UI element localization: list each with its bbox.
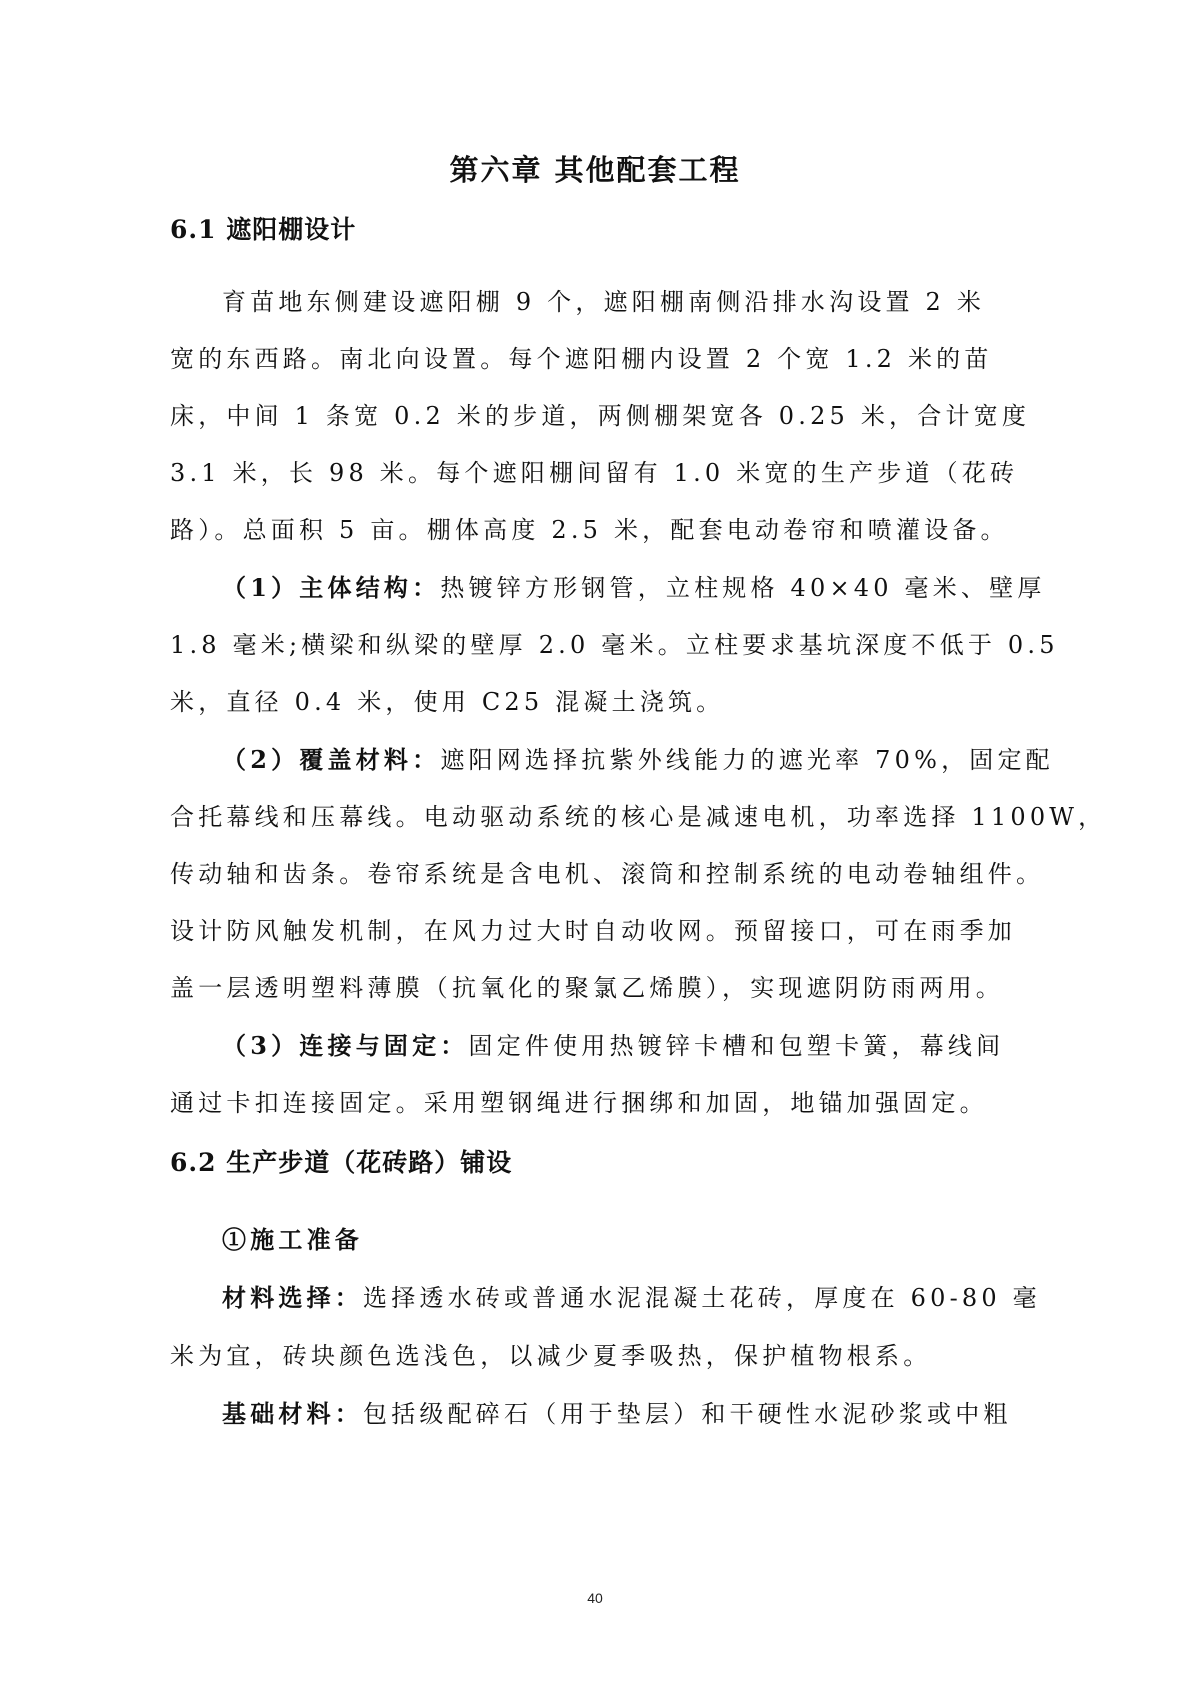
paragraph-line: 育苗地东侧建设遮阳棚 9 个，遮阳棚南侧沿排水沟设置 2 米 bbox=[222, 282, 1002, 317]
paragraph-line: 米为宜，砖块颜色选浅色，以减少夏季吸热，保护植物根系。 bbox=[170, 1336, 950, 1371]
item-main-structure: （1）主体结构：热镀锌方形钢管，立柱规格 40×40 毫米、壁厚 bbox=[222, 568, 1002, 603]
paragraph-line: 米，直径 0.4 米，使用 C25 混凝土浇筑。 bbox=[170, 682, 950, 717]
item-label: （2）覆盖材料： bbox=[222, 745, 440, 774]
item-cover-material: （2）覆盖材料：遮阳网选择抗紫外线能力的遮光率 70%，固定配 bbox=[222, 740, 1002, 775]
paragraph-line: 床，中间 1 条宽 0.2 米的步道，两侧棚架宽各 0.25 米，合计宽度 bbox=[170, 396, 950, 431]
page-number: 40 bbox=[0, 1590, 1190, 1606]
item-material-selection: 材料选择：选择透水砖或普通水泥混凝土花砖，厚度在 60-80 毫 bbox=[222, 1278, 1002, 1313]
item-text: 热镀锌方形钢管，立柱规格 40×40 毫米、壁厚 bbox=[440, 574, 1045, 602]
paragraph-line: 路）。总面积 5 亩。棚体高度 2.5 米，配套电动卷帘和喷灌设备。 bbox=[170, 510, 950, 545]
paragraph-line: 1.8 毫米;横梁和纵梁的壁厚 2.0 毫米。立柱要求基坑深度不低于 0.5 bbox=[170, 625, 950, 660]
paragraph-line: 宽的东西路。南北向设置。每个遮阳棚内设置 2 个宽 1.2 米的苗 bbox=[170, 339, 950, 374]
item-label: 基础材料： bbox=[222, 1399, 363, 1428]
chapter-title: 第六章 其他配套工程 bbox=[0, 148, 1190, 189]
item-label: （3）连接与固定： bbox=[222, 1031, 469, 1060]
paragraph-line: 设计防风触发机制，在风力过大时自动收网。预留接口，可在雨季加 bbox=[170, 911, 950, 946]
section-heading-6-2: 6.2 生产步道（花砖路）铺设 bbox=[170, 1143, 512, 1179]
subheading-preparation: ①施工准备 bbox=[222, 1220, 1002, 1255]
item-label: （1）主体结构： bbox=[222, 573, 440, 602]
item-text: 遮阳网选择抗紫外线能力的遮光率 70%，固定配 bbox=[440, 746, 1054, 774]
item-text: 固定件使用热镀锌卡槽和包塑卡簧，幕线间 bbox=[469, 1032, 1005, 1060]
item-text: 选择透水砖或普通水泥混凝土花砖，厚度在 60-80 毫 bbox=[363, 1284, 1041, 1312]
section-heading-6-1: 6.1 遮阳棚设计 bbox=[170, 210, 356, 246]
item-base-material: 基础材料：包括级配碎石（用于垫层）和干硬性水泥砂浆或中粗 bbox=[222, 1394, 1002, 1429]
paragraph-line: 盖一层透明塑料薄膜（抗氧化的聚氯乙烯膜），实现遮阴防雨两用。 bbox=[170, 968, 950, 1003]
item-connection-fixing: （3）连接与固定：固定件使用热镀锌卡槽和包塑卡簧，幕线间 bbox=[222, 1026, 1002, 1061]
paragraph-line: 通过卡扣连接固定。采用塑钢绳进行捆绑和加固，地锚加强固定。 bbox=[170, 1083, 950, 1118]
document-page: 第六章 其他配套工程 6.1 遮阳棚设计 育苗地东侧建设遮阳棚 9 个，遮阳棚南… bbox=[0, 0, 1190, 1683]
paragraph-line: 合托幕线和压幕线。电动驱动系统的核心是减速电机，功率选择 1100W， bbox=[170, 797, 950, 832]
paragraph-line: 3.1 米，长 98 米。每个遮阳棚间留有 1.0 米宽的生产步道（花砖 bbox=[170, 453, 950, 488]
item-label: 材料选择： bbox=[222, 1283, 363, 1312]
item-text: 包括级配碎石（用于垫层）和干硬性水泥砂浆或中粗 bbox=[363, 1400, 1012, 1428]
paragraph-line: 传动轴和齿条。卷帘系统是含电机、滚筒和控制系统的电动卷轴组件。 bbox=[170, 854, 950, 889]
